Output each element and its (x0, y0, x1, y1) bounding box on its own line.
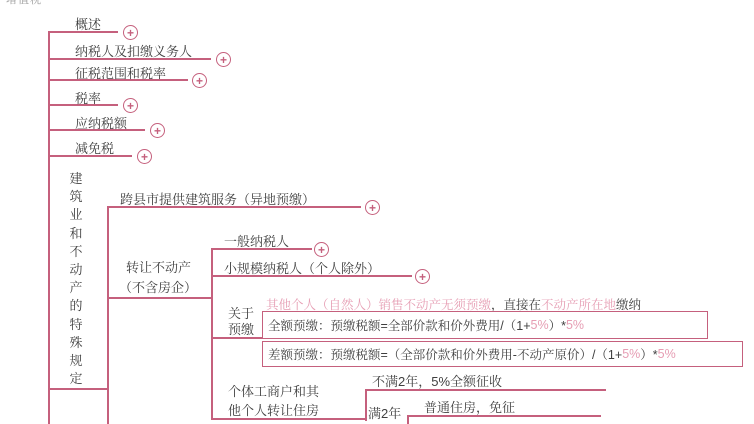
node-individual-housing-line2[interactable]: 他个人转让住房 (228, 400, 319, 419)
formula-segment: 5% (658, 347, 676, 361)
node-under-2-years[interactable]: 不满2年，5%全额征收 (372, 371, 502, 390)
note-segment: ，直接在 (491, 298, 541, 312)
formula-segment: ）* (640, 345, 657, 363)
node-taxpayers[interactable]: 纳税人及扣缴义务人 (75, 41, 192, 60)
transfer-children-trunk-line (211, 248, 213, 420)
formula-segment: 差额预缴：预缴税额=（全部价款和价外费用-不动产原价）/（1+ (268, 345, 622, 363)
expand-plus-icon[interactable] (216, 52, 231, 67)
expand-plus-icon[interactable] (137, 149, 152, 164)
over2-children-trunk-line (407, 416, 409, 424)
node-tax-exemption[interactable]: 减免税 (75, 138, 114, 157)
formula-segment: 5% (622, 347, 640, 361)
expand-plus-icon[interactable] (192, 73, 207, 88)
node-overview[interactable]: 概述 (75, 14, 101, 33)
special-children-trunk-line (107, 206, 109, 424)
expand-plus-icon[interactable] (415, 269, 430, 284)
node-construction-realestate-special-rules[interactable]: 建筑业和不动产的特殊规定 (68, 170, 84, 388)
node-over-2-years[interactable]: 满2年 (368, 403, 401, 422)
note-segment: 不动产所在地 (541, 298, 616, 312)
expand-plus-icon[interactable] (314, 242, 329, 257)
node-ordinary-housing-exempt[interactable]: 普通住房，免征 (424, 397, 515, 416)
formula-segment: 5% (566, 318, 584, 332)
formula-segment: 5% (531, 318, 549, 332)
node-small-scale-taxpayer[interactable]: 小规模纳税人（个人除外） (224, 258, 380, 277)
formula-segment: ）* (549, 316, 566, 334)
expand-plus-icon[interactable] (365, 200, 380, 215)
node-tax-rate[interactable]: 税率 (75, 88, 101, 107)
node-scope-and-rate[interactable]: 征税范围和税率 (75, 63, 166, 82)
node-individual-housing-line1[interactable]: 个体工商户和其 (228, 381, 319, 400)
note-segment: 缴纳 (616, 298, 641, 312)
note-segment: 其他个人（自然人）销售不动产无须预缴 (266, 298, 491, 312)
formula-segment: 全额预缴：预缴税额=全部价款和价外费用/（1+ (268, 316, 531, 334)
expand-plus-icon[interactable] (123, 25, 138, 40)
node-cross-county-construction[interactable]: 跨县市提供建筑服务（异地预缴） (120, 189, 315, 208)
node-tax-payable[interactable]: 应纳税额 (75, 113, 127, 132)
formula-box-full-prepayment[interactable]: 全额预缴：预缴税额=全部价款和价外费用/（1+5%）*5% (262, 311, 708, 339)
expand-plus-icon[interactable] (150, 123, 165, 138)
expand-plus-icon[interactable] (123, 98, 138, 113)
main-trunk-line (48, 32, 50, 424)
node-about-prepayment-line2[interactable]: 预缴 (228, 319, 254, 338)
node-transfer-realestate-line1[interactable]: 转让不动产 (126, 257, 191, 276)
connector-line (107, 297, 213, 299)
node-general-taxpayer[interactable]: 一般纳税人 (224, 231, 289, 250)
root-node-label[interactable]: 增值税 (6, 0, 42, 7)
node-transfer-realestate-line2[interactable]: （不含房企） (119, 277, 197, 296)
individual-children-trunk-line (365, 390, 367, 421)
formula-box-difference-prepayment[interactable]: 差额预缴：预缴税额=（全部价款和价外费用-不动产原价）/（1+5%）*5% (262, 341, 743, 367)
